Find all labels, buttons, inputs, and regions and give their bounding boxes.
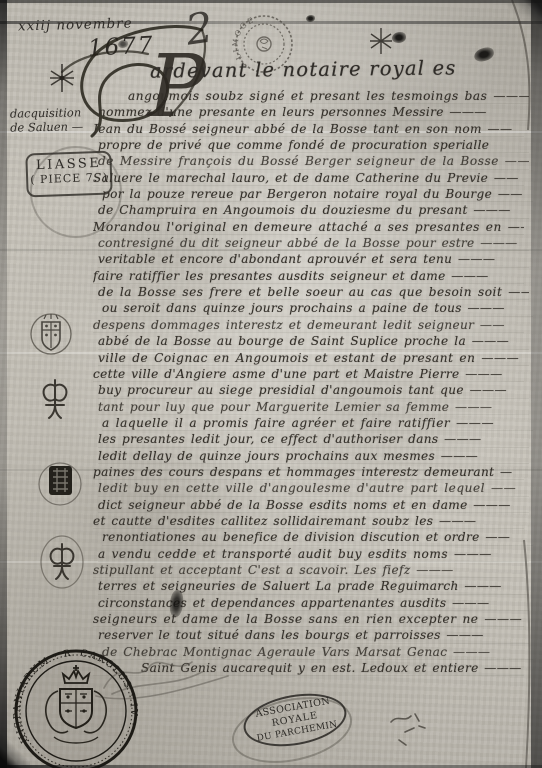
manuscript-line: les presantes ledit jour, ce effect d'au… [98,431,529,447]
manuscript-line: terres et seigneuries de Saluert La prad… [98,578,529,594]
manuscript-line: ledit dellay de quinze jours prochains a… [98,448,529,464]
shield-stamp [30,310,72,362]
manuscript-line: cette ville d'Angiere asme d'une part et… [93,366,524,382]
manuscript-line: ou seroit dans quinze jours prochains a … [102,300,533,316]
manuscript-line: contresigné du dit seigneur abbé de la B… [98,235,529,251]
page-corner-fold [500,0,542,46]
manuscript-line: et cautte d'esdites callitez sollidairem… [93,513,524,529]
manuscript-line: por la pouze rereue par Bergeron notaire… [102,186,533,202]
ink-blot [392,32,406,43]
manuscript-line: reserver le tout situé dans les bourgs e… [98,627,529,643]
manuscript-line: nommez d'une presante en leurs personnes… [98,104,529,120]
manuscript-line: ville de Coignac en Angoumois et estant … [98,350,529,366]
margin-note-line1: dacquisition [10,105,83,120]
opening-line: ardevant le notaire royal es [150,56,457,82]
margin-note: dacquisition de Saluen — [10,105,83,134]
margin-squiggle [385,706,437,750]
manuscript-line: angoumois soubz signé et presant les tes… [98,88,529,104]
manuscript-line: dict seigneur abbé de la Bosse esdits no… [98,497,529,513]
manuscript-line: de la Bosse ses frere et belle soeur au … [98,284,529,300]
manuscript-body: angoumois soubz signé et presant les tes… [98,88,529,676]
manuscript-line: de Champruira en Angoumois du douziesme … [98,202,529,218]
manuscript-line: Morandou l'original en demeure attaché a… [93,219,524,235]
manuscript-line: buy procureur au siege presidial d'angou… [98,382,529,398]
manuscript-line: Saluere le marechal lauro, et de dame Ca… [93,170,524,186]
manuscript-line: a laquelle il a promis faire agréer et f… [102,415,533,431]
manuscript-line: abbé de la Bosse au bourge de Saint Supl… [98,333,529,349]
manuscript-line: veritable et encore d'abondant aprouvér … [98,251,529,267]
manuscript-line: circonstances et dependances appartenant… [98,595,529,611]
star-doodle-icon [368,26,394,56]
manuscript-line: paines des cours despans et hommages int… [93,464,524,480]
margin-note-line2: de Saluen — [10,119,83,134]
scan-edge-right [531,0,542,768]
manuscript-line: a vendu cedde et transporté audit buy es… [98,546,529,562]
manuscript-line: ledit buy en cette ville d'angoulesme d'… [98,480,529,496]
scan-edge-top [0,0,542,3]
manuscript-line: stipullant et acceptant C'est a scavoir.… [93,562,524,578]
fleur-de-lis-stamp [38,532,86,592]
star-doodle-icon [48,62,76,94]
manuscript-line: tant pour luy que pour Marguerite Lemier… [98,399,529,415]
manuscript-line: renontiationes au benefice de division d… [102,529,533,545]
manuscript-line: Jean du Bossé seigneur abbé de la Bosse … [93,121,524,137]
manuscript-line: propre de privé que comme fondé de procu… [98,137,529,153]
manuscript-line: de Messire françois du Bossé Berger seig… [98,153,529,169]
fleur-de-lis-icon [38,378,72,420]
scan-edge-left [0,0,7,768]
manuscript-line: faire ratiffier les presantes ausdits se… [93,268,524,284]
page-corner-shadow [0,734,30,768]
ink-blot [473,46,495,63]
manuscript-line: seigneurs et dame de la Bosse sans en ri… [93,611,524,627]
manuscript-page: xxiij novembre 1677 2 LIMOGES P ardevant… [0,0,542,768]
dark-seal-stamp [36,458,82,510]
manuscript-line: despens dommages interestz et demeurant … [93,317,524,333]
